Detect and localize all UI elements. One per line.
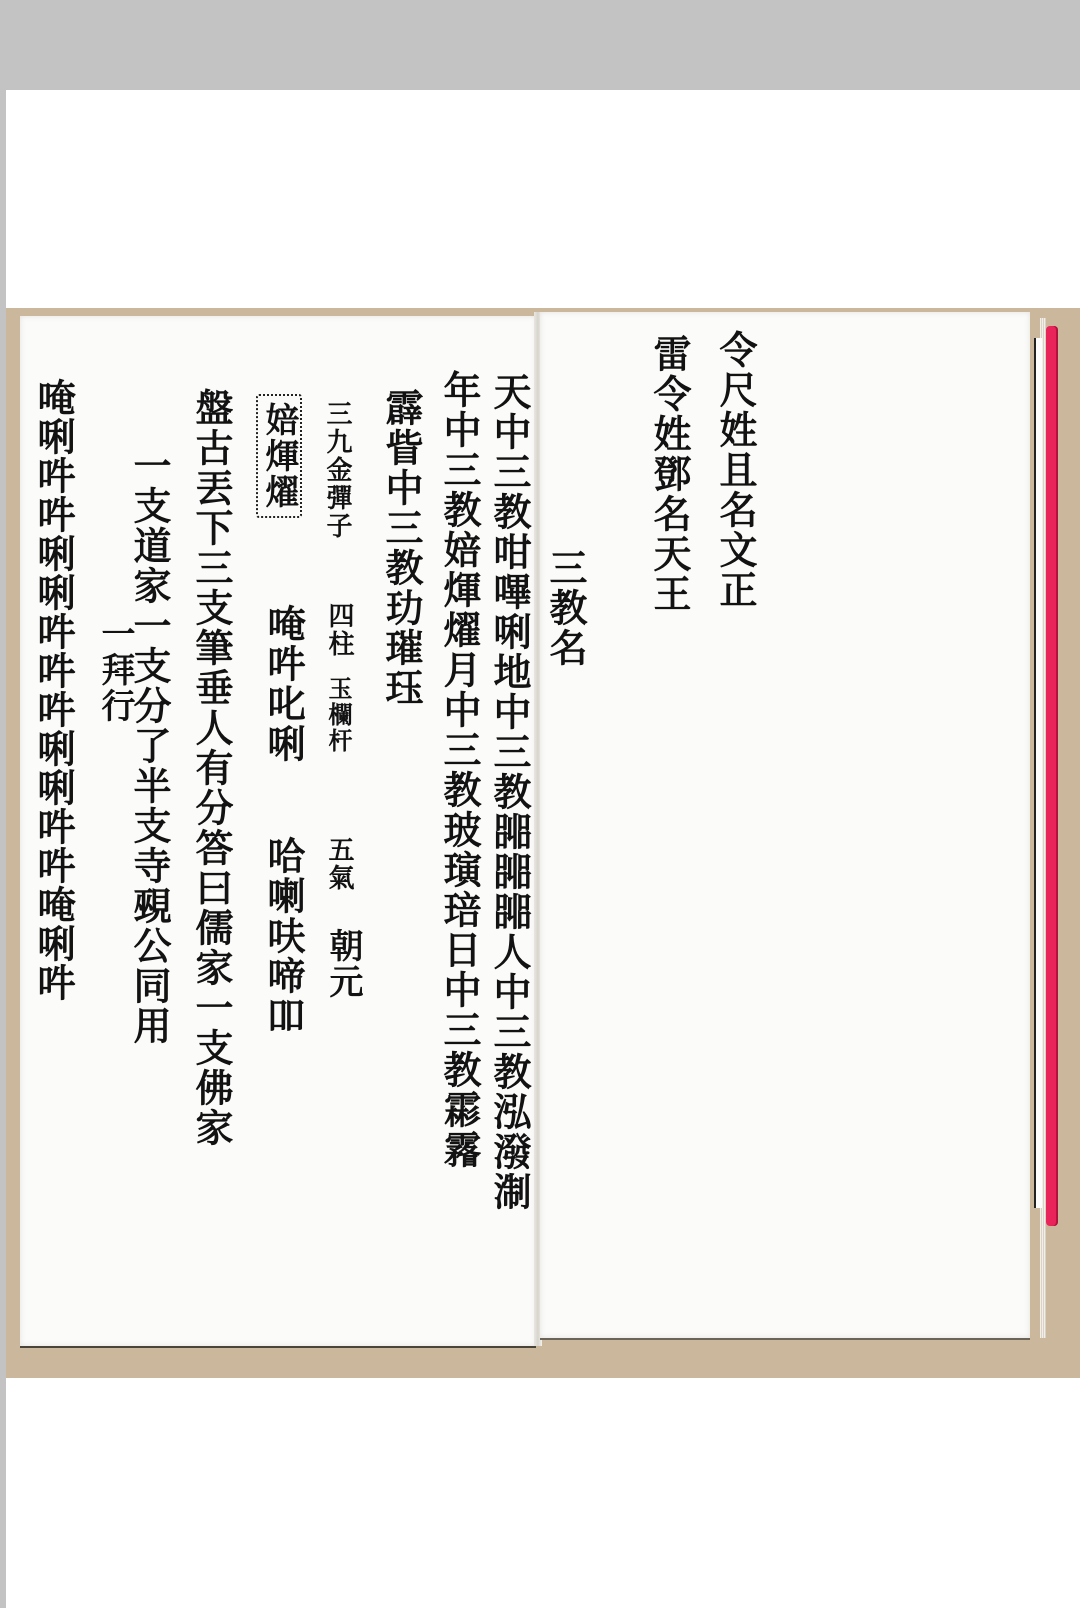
- red-binding-strip: [1046, 326, 1058, 1226]
- spine-edge: [1034, 338, 1042, 1208]
- text-column: 朝元: [326, 928, 360, 1000]
- text-column: 年中三教婄煇燿月中三教玻璌琣日中三教霦霿: [440, 370, 478, 1170]
- boxed-text-column: 婄煇燿: [256, 394, 302, 518]
- text-column: 唵吽叱唎: [264, 604, 302, 764]
- text-column: 唵唎吽吽唎唎吽吽吽唎唎吽吽唵唎吽: [34, 378, 72, 1002]
- text-column: 五氣: [326, 836, 352, 892]
- text-column: 一支道家一支分了半支寺覡公同用: [130, 446, 168, 1046]
- section-heading: 三教名: [546, 548, 584, 668]
- text-column: 雷令姓鄧名天王: [650, 334, 688, 614]
- viewer-frame: 天中三教咁嗶唎地中三教嘂嘂嘂人中三教泓潑淛 年中三教婄煇燿月中三教玻璌琣日中三教…: [6, 90, 1080, 1608]
- right-page: 令尺姓且名文正 雷令姓鄧名天王 三教名: [540, 312, 1030, 1340]
- text-column: 一拜行: [98, 616, 132, 724]
- text-column: 哈喇呋啼吅: [264, 836, 302, 1036]
- manuscript-scan: 天中三教咁嗶唎地中三教嘂嘂嘂人中三教泓潑淛 年中三教婄煇燿月中三教玻璌琣日中三教…: [6, 308, 1080, 1378]
- text-column: 天中三教咁嗶唎地中三教嘂嘂嘂人中三教泓潑淛: [490, 372, 528, 1212]
- left-page: 天中三教咁嗶唎地中三教嘂嘂嘂人中三教泓潑淛 年中三教婄煇燿月中三教玻璌琣日中三教…: [20, 316, 536, 1348]
- text-column: 玉欄杆: [326, 676, 350, 754]
- text-column: 三九金彈子: [324, 400, 350, 540]
- text-column: 四柱: [326, 602, 352, 658]
- text-column: 盤古丟下三支筆垂人有分答曰儒家一支佛家: [192, 388, 230, 1148]
- text-column: 霹眥中三教玏璀珏: [382, 388, 420, 708]
- text-column: 令尺姓且名文正: [716, 330, 754, 610]
